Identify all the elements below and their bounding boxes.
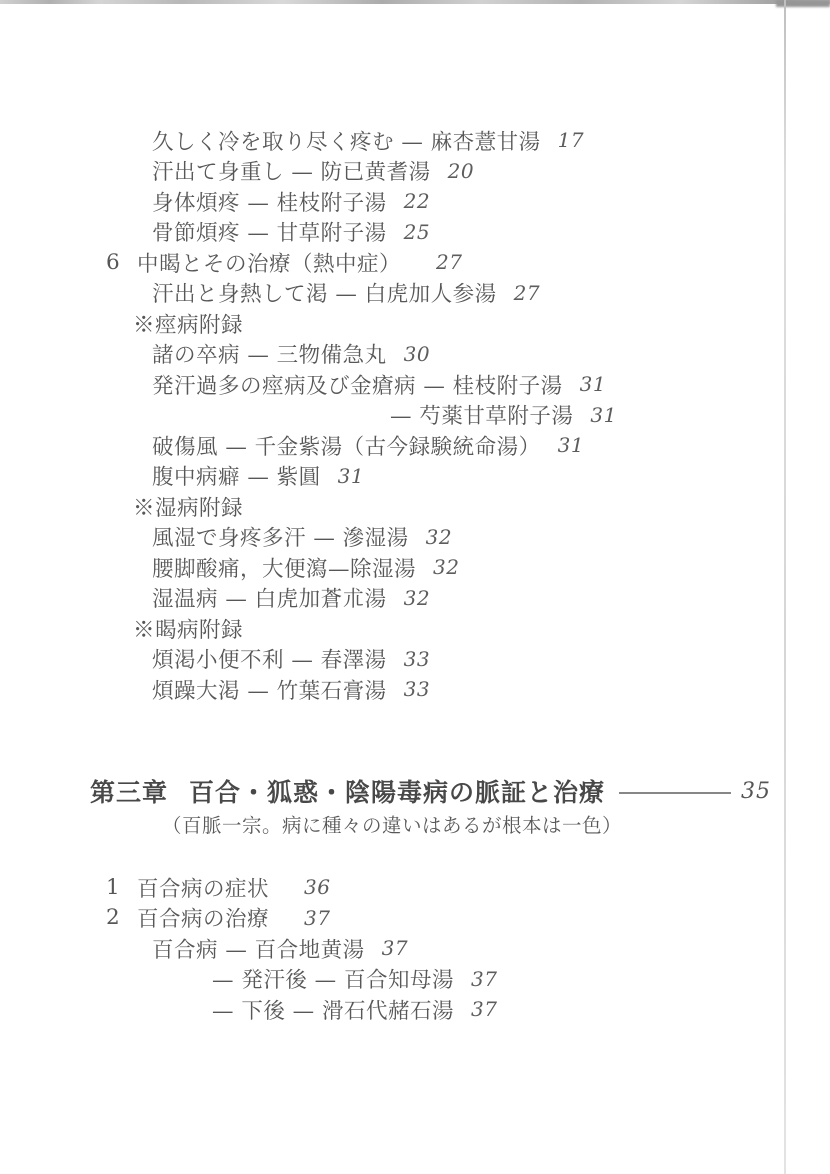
toc-entry: 煩躁大渇 — 竹葉石膏湯33	[0, 674, 830, 705]
toc-entry: 風湿で身疼多汗 — 滲湿湯32	[0, 522, 830, 553]
entry-text: — 発汗後 — 百合知母湯	[212, 963, 454, 994]
entry-text: 久しく冷を取り尽く疼む — 麻杏薏甘湯	[152, 125, 541, 156]
entry-text: 汗出て身重し — 防已黄耆湯	[152, 155, 431, 186]
entry-text: 身体煩疼 — 桂枝附子湯	[152, 186, 387, 217]
toc-entry: 6中暍とその治療（熱中症）27	[0, 247, 830, 278]
chapter-heading: 第三章 百合・狐惑・陰陽毒病の脈証と治療 35	[90, 773, 771, 809]
leader-rule	[619, 792, 731, 794]
toc-entry: — 下後 — 滑石代赭石湯37	[0, 994, 830, 1025]
entry-page-number: 31	[590, 403, 616, 427]
entry-text: 発汗過多の痙病及び金瘡病 — 桂枝附子湯	[152, 369, 563, 400]
toc-entry: — 芍薬甘草附子湯31	[0, 400, 830, 431]
entry-text: — 芍薬甘草附子湯	[390, 399, 573, 430]
entry-page-number: 37	[471, 997, 497, 1021]
toc-entry: 1百合病の症状36	[0, 872, 830, 903]
entry-page-number: 25	[404, 220, 430, 244]
toc-entry: 煩渇小便不利 — 春澤湯33	[0, 644, 830, 675]
toc-entry: 骨節煩疼 — 甘草附子湯25	[0, 217, 830, 248]
entry-text: 諸の卒病 — 三物備急丸	[152, 338, 387, 369]
scan-top-edge-artifact	[0, 0, 830, 4]
entry-page-number: 33	[404, 647, 430, 671]
entry-page-number: 37	[471, 967, 497, 991]
entry-text: 煩渇小便不利 — 春澤湯	[152, 643, 387, 674]
entry-text: ※湿病附録	[133, 491, 243, 522]
toc-entry: — 発汗後 — 百合知母湯37	[0, 964, 830, 995]
toc-entry: 汗出と身熱して渇 — 白虎加人参湯27	[0, 278, 830, 309]
entry-text: 破傷風 — 千金紫湯（古今録験統命湯）	[152, 430, 541, 461]
entry-page-number: 27	[514, 281, 540, 305]
entry-page-number: 20	[448, 159, 474, 183]
toc-entry: 百合病 — 百合地黄湯37	[0, 933, 830, 964]
chapter-page-number: 35	[741, 779, 771, 804]
entry-text: 腰脚酸痛，大便瀉—除湿湯	[152, 552, 416, 583]
toc-entry: 発汗過多の痙病及び金瘡病 — 桂枝附子湯31	[0, 369, 830, 400]
entry-text: ※暍病附録	[133, 613, 243, 644]
entry-page-number: 31	[338, 464, 364, 488]
entry-text: 中暍とその治療（熱中症）	[137, 247, 401, 278]
entry-text: 煩躁大渇 — 竹葉石膏湯	[152, 674, 387, 705]
toc-entry: 腹中病癖 — 紫圓31	[0, 461, 830, 492]
entry-text: 湿温病 — 白虎加蒼朮湯	[152, 582, 387, 613]
entry-page-number: 31	[580, 372, 606, 396]
entry-page-number: 37	[382, 936, 408, 960]
toc-entry: 身体煩疼 — 桂枝附子湯22	[0, 186, 830, 217]
entry-page-number: 31	[558, 433, 584, 457]
toc-entry: 2百合病の治療37	[0, 903, 830, 934]
entry-text: 百合病 — 百合地黄湯	[152, 933, 365, 964]
chapter-number: 第三章	[90, 773, 168, 809]
entry-page-number: 37	[304, 906, 330, 930]
toc-entry: 湿温病 — 白虎加蒼朮湯32	[0, 583, 830, 614]
entry-page-number: 32	[404, 586, 430, 610]
entry-page-number: 17	[558, 128, 584, 152]
toc-entry: 久しく冷を取り尽く疼む — 麻杏薏甘湯17	[0, 125, 830, 156]
toc-entry: 破傷風 — 千金紫湯（古今録験統命湯）31	[0, 430, 830, 461]
toc-entry: 諸の卒病 — 三物備急丸30	[0, 339, 830, 370]
chapter-subtitle: （百脈一宗。病に種々の違いはあるが根本は一色）	[162, 810, 622, 838]
toc-entry: ※湿病附録	[0, 491, 830, 522]
entry-text: 風湿で身疼多汗 — 滲湿湯	[152, 521, 409, 552]
entry-text: ※痙病附録	[133, 308, 243, 339]
entry-page-number: 36	[304, 875, 330, 899]
toc-section-lower: 1百合病の症状362百合病の治療37百合病 — 百合地黄湯37— 発汗後 — 百…	[0, 872, 830, 1025]
entry-text: — 下後 — 滑石代赭石湯	[212, 994, 454, 1025]
entry-text: 腹中病癖 — 紫圓	[152, 460, 321, 491]
toc-entry: 汗出て身重し — 防已黄耆湯20	[0, 156, 830, 187]
entry-page-number: 32	[433, 555, 459, 579]
entry-page-number: 22	[404, 189, 430, 213]
chapter-title: 百合・狐惑・陰陽毒病の脈証と治療	[189, 773, 605, 809]
toc-entry: ※暍病附録	[0, 613, 830, 644]
entry-page-number: 30	[404, 342, 430, 366]
toc-entry: 腰脚酸痛，大便瀉—除湿湯32	[0, 552, 830, 583]
entry-page-number: 27	[436, 250, 462, 274]
entry-text: 汗出と身熱して渇 — 白虎加人参湯	[152, 277, 497, 308]
entry-number: 1	[106, 875, 137, 900]
entry-text: 百合病の治療	[137, 902, 269, 933]
entry-text: 百合病の症状	[137, 872, 269, 903]
toc-entry: ※痙病附録	[0, 308, 830, 339]
toc-section-upper: 久しく冷を取り尽く疼む — 麻杏薏甘湯17汗出て身重し — 防已黄耆湯20身体煩…	[0, 125, 830, 705]
entry-page-number: 33	[404, 677, 430, 701]
entry-number: 2	[106, 905, 137, 930]
entry-number: 6	[106, 250, 137, 275]
entry-page-number: 32	[426, 525, 452, 549]
entry-text: 骨節煩疼 — 甘草附子湯	[152, 216, 387, 247]
